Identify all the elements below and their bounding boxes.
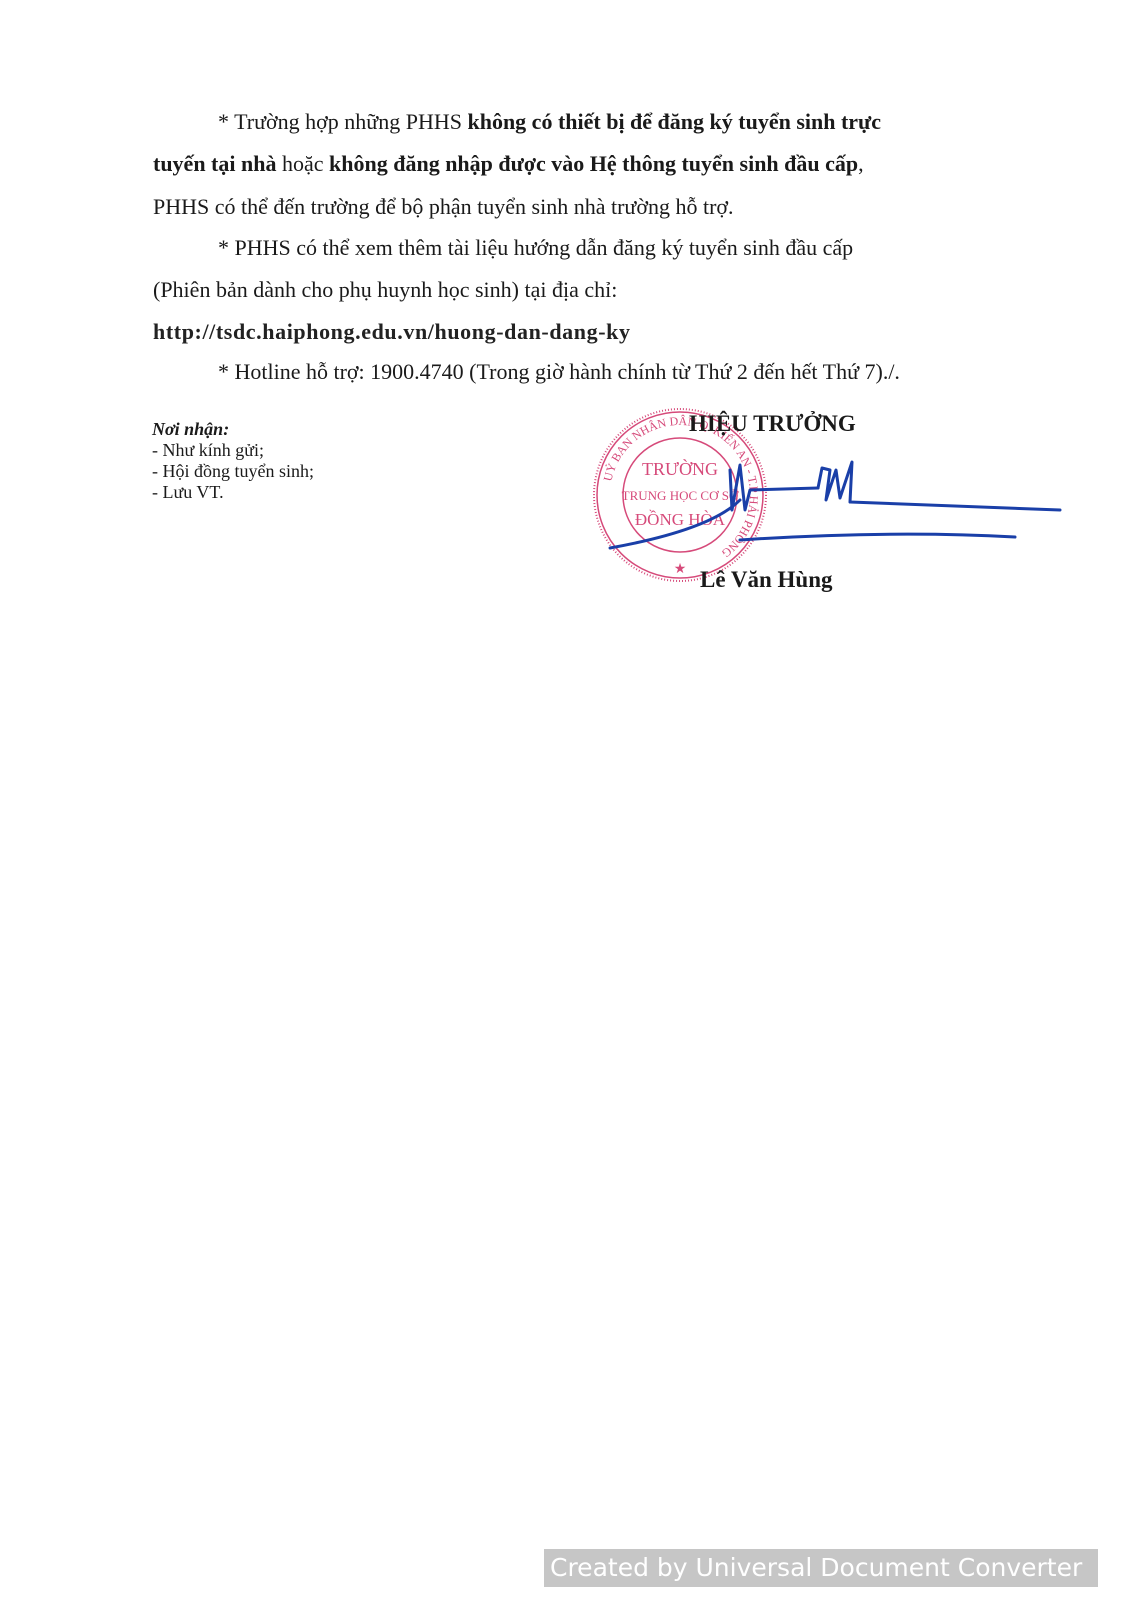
paragraph-no-device-line-2: tuyến tại nhà hoặc không đăng nhập được … xyxy=(153,143,864,185)
svg-text:★: ★ xyxy=(674,562,687,577)
recipients-title: Nơi nhận: xyxy=(152,419,314,440)
converter-watermark: Created by Universal Document Converter xyxy=(544,1549,1098,1587)
signer-title: HIỆU TRƯỞNG xyxy=(689,411,856,437)
text: * Trường hợp những PHHS xyxy=(218,109,467,134)
paragraph-guide: * PHHS có thể xem thêm tài liệu hướng dẫ… xyxy=(218,227,853,269)
signer-name: Lê Văn Hùng xyxy=(700,567,833,593)
recipient-item: - Hội đồng tuyển sinh; xyxy=(152,461,314,482)
signature-icon xyxy=(590,440,1070,560)
text-bold: tuyến tại nhà xyxy=(153,151,276,176)
guide-url-link[interactable]: http://tsdc.haiphong.edu.vn/huong-dan-da… xyxy=(153,311,631,353)
text-bold: không có thiết bị để đăng ký tuyển sinh … xyxy=(467,109,881,134)
paragraph-no-device: * Trường hợp những PHHS không có thiết b… xyxy=(218,101,881,143)
recipient-item: - Lưu VT. xyxy=(152,482,314,503)
recipient-item: - Như kính gửi; xyxy=(152,440,314,461)
recipients-block: Nơi nhận: - Như kính gửi; - Hội đồng tuy… xyxy=(152,419,314,503)
text-bold: không đăng nhập được vào Hệ thông tuyển … xyxy=(329,151,858,176)
text: hoặc xyxy=(276,151,329,176)
text: , xyxy=(858,151,864,176)
paragraph-guide-line-2: (Phiên bản dành cho phụ huynh học sinh) … xyxy=(153,269,617,311)
paragraph-hotline: * Hotline hỗ trợ: 1900.4740 (Trong giờ h… xyxy=(218,351,900,393)
paragraph-no-device-line-3: PHHS có thể đến trường để bộ phận tuyển … xyxy=(153,186,734,228)
